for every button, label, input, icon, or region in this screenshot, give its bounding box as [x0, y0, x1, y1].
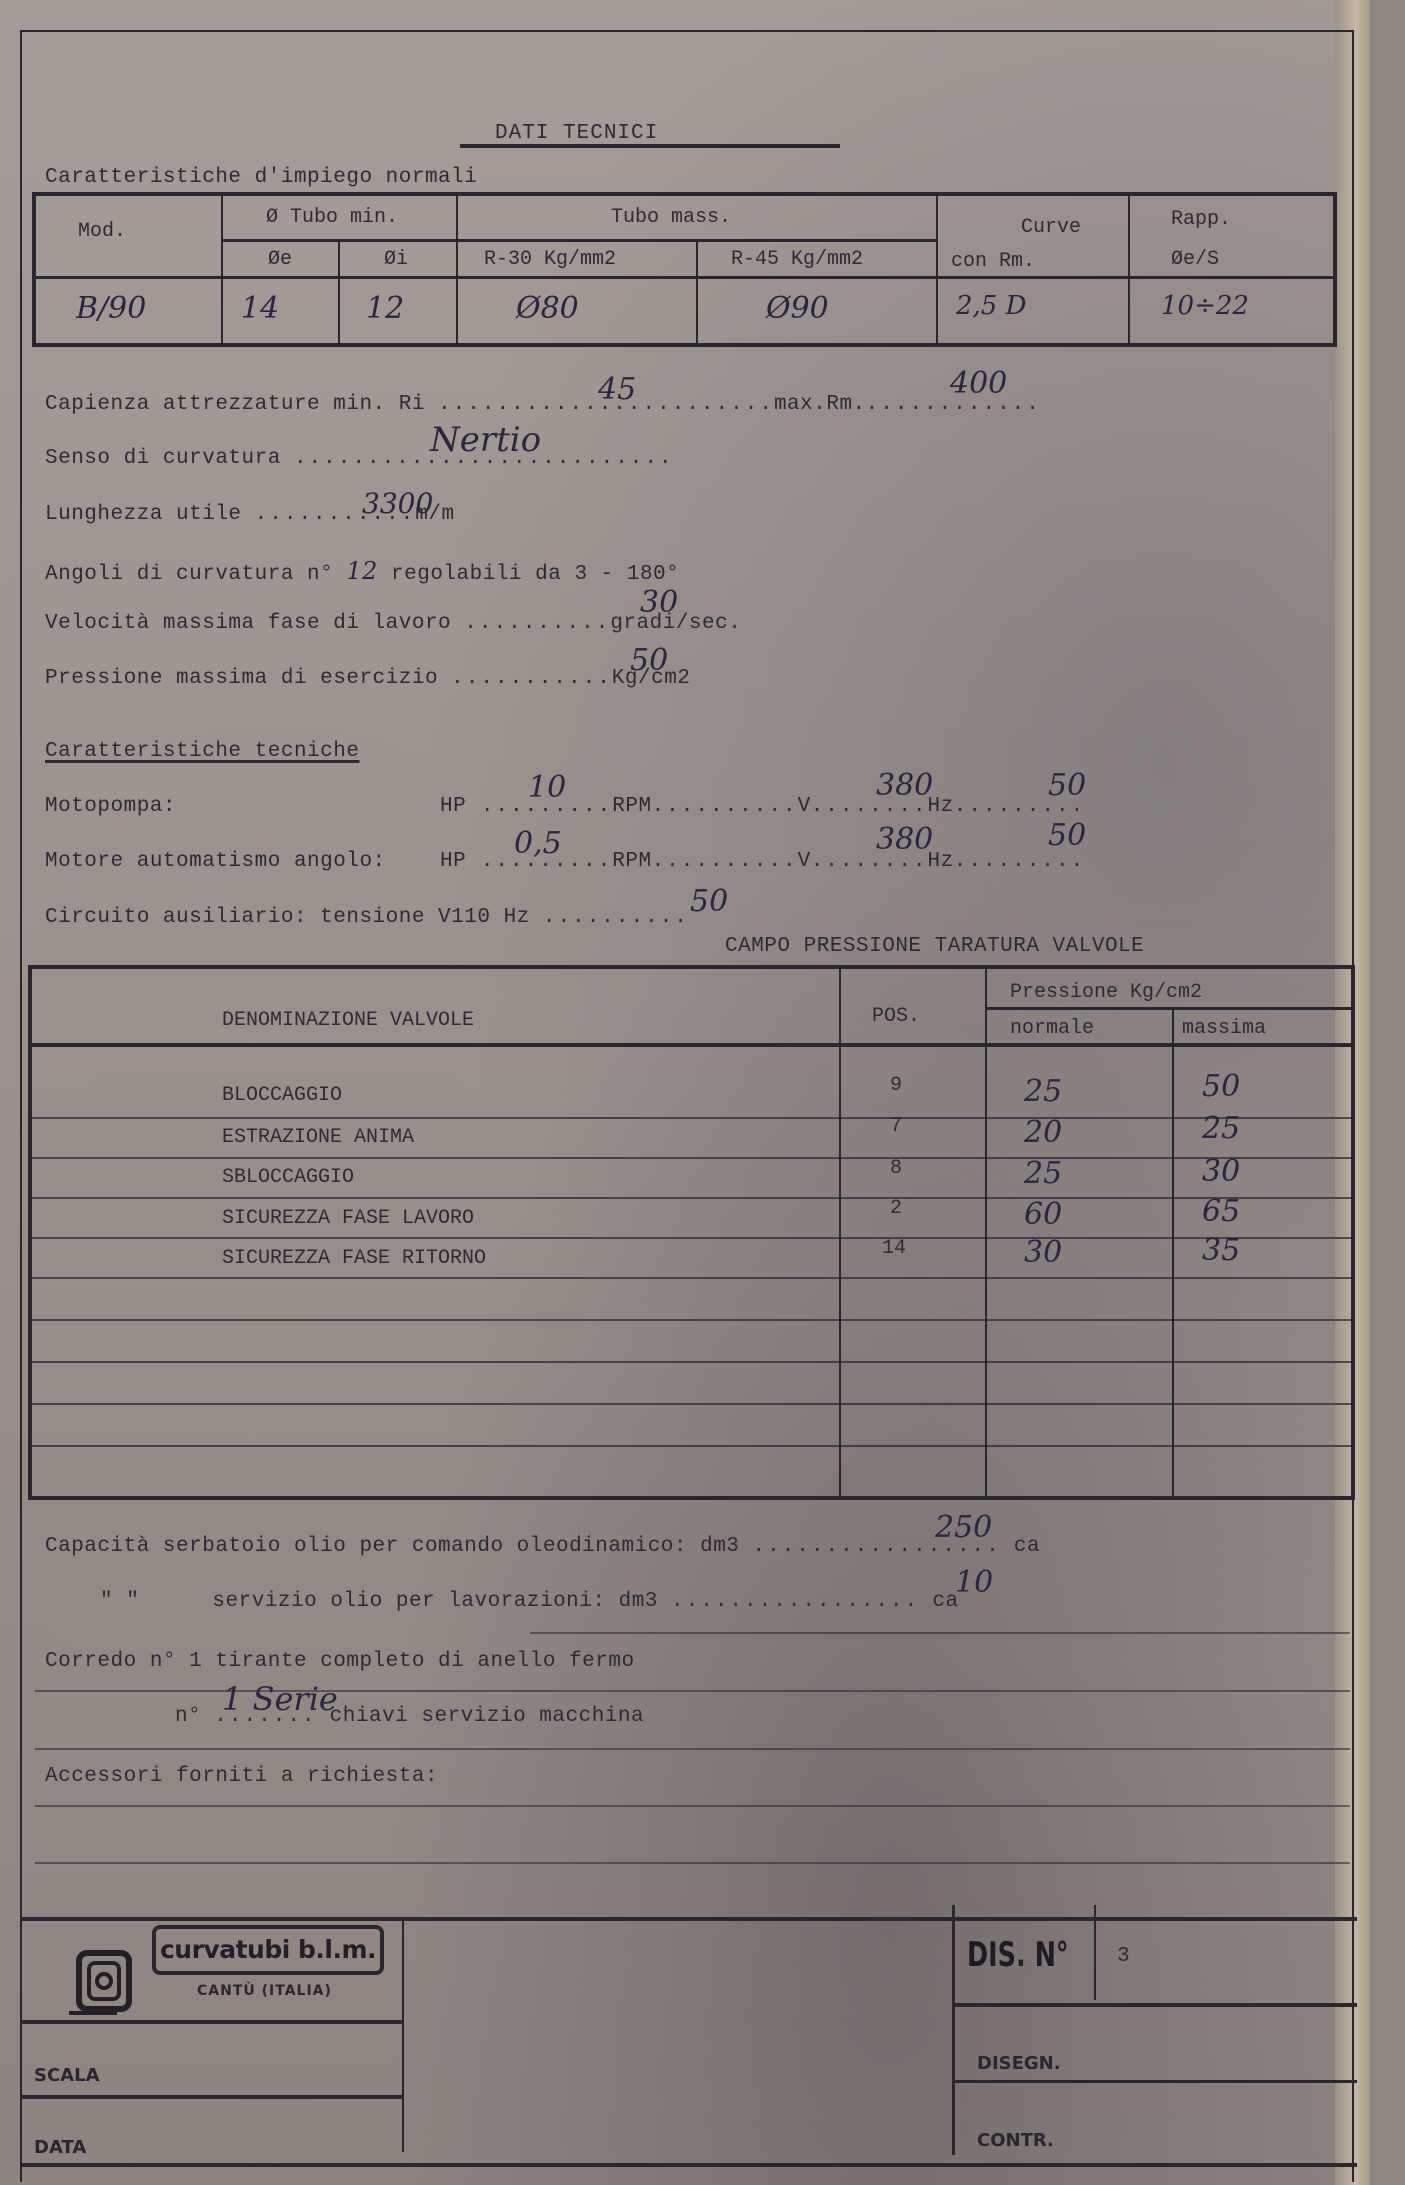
header-rapp: Rapp.: [1171, 208, 1231, 231]
accessori-label: Accessori forniti a richiesta:: [45, 1765, 438, 1788]
corredo-suffix: chiavi servizio macchina: [330, 1705, 644, 1728]
valve-max: 65: [1202, 1194, 1240, 1229]
motore-hp-value: 0,5: [514, 826, 562, 861]
hp-label: HP: [440, 795, 466, 818]
motore-v-value: 380: [876, 822, 933, 857]
valve-pos: 8: [890, 1157, 902, 1180]
velocita-label: Velocità massima fase di lavoro: [45, 612, 451, 635]
motopompa-label: Motopompa:: [45, 795, 176, 818]
rpm-label: RPM: [612, 850, 651, 873]
pressione-value: 50: [630, 643, 668, 678]
valve-pos: 14: [882, 1237, 906, 1260]
corredo-prefix: n°: [175, 1705, 201, 1728]
header-tubo-min: Ø Tubo min.: [266, 206, 398, 229]
hp-label: HP: [440, 850, 466, 873]
header-valve-name: DENOMINAZIONE VALVOLE: [222, 1009, 474, 1032]
velocita-value: 30: [640, 585, 678, 620]
capienza-max-label: max.Rm.: [774, 393, 866, 416]
valve-normal: 20: [1024, 1115, 1062, 1150]
page-title: DATI TECNICI: [495, 122, 658, 145]
valve-name: SICUREZZA FASE RITORNO: [222, 1247, 486, 1270]
circuito-hz-value: 50: [690, 884, 728, 919]
valve-max: 35: [1202, 1233, 1240, 1268]
valve-name: SICUREZZA FASE LAVORO: [222, 1207, 474, 1230]
contr-label: CONTR.: [977, 2130, 1054, 2151]
header-curve: Curve: [1021, 216, 1081, 239]
disegn-label: DISEGN.: [977, 2053, 1061, 2074]
tank-ditto: " ": [100, 1590, 139, 1613]
value-r45: Ø90: [766, 291, 829, 326]
header-curve-sub: con Rm.: [951, 250, 1035, 273]
capienza-label: Capienza attrezzature min. Ri: [45, 393, 425, 416]
tank-servizio-label: servizio olio per lavorazioni: dm3: [212, 1590, 657, 1613]
section-technical-heading: Caratteristiche tecniche: [45, 740, 359, 763]
lunghezza-value: 3300: [362, 487, 433, 520]
value-r30: Ø80: [516, 291, 579, 326]
valve-name: BLOCCAGGIO: [222, 1084, 342, 1107]
valve-normal: 25: [1024, 1156, 1062, 1191]
valve-section-title: CAMPO PRESSIONE TARATURA VALVOLE: [725, 935, 1144, 958]
senso-value: Nertio: [430, 420, 541, 460]
company-name: curvatubi b.l.m.: [152, 1925, 384, 1975]
value-oi: 12: [366, 291, 404, 326]
angoli-label: Angoli di curvatura n°: [45, 563, 333, 586]
header-oe: Øe: [268, 248, 292, 271]
header-pos: POS.: [872, 1005, 920, 1028]
header-pressure: Pressione Kg/cm2: [1010, 981, 1202, 1004]
header-r30: R-30 Kg/mm2: [484, 248, 616, 271]
value-rapp: 10÷22: [1161, 291, 1249, 321]
value-oe: 14: [241, 291, 279, 326]
senso-label: Senso di curvatura: [45, 447, 281, 470]
valve-pos: 2: [890, 1197, 902, 1220]
valve-pos: 7: [890, 1115, 902, 1138]
header-tubo-mass: Tubo mass.: [611, 206, 731, 229]
tank-comando-value: 250: [935, 1510, 992, 1545]
company-spiral-logo-icon: [67, 1945, 147, 2025]
tank-servizio-value: 10: [955, 1565, 993, 1600]
v-label: V: [798, 795, 811, 818]
value-curve: 2,5 D: [956, 291, 1026, 321]
title-block: curvatubi b.l.m. CANTÙ (ITALIA) SCALA DA…: [22, 1905, 1357, 2150]
title-underline: [460, 144, 840, 148]
scala-label: SCALA: [34, 2065, 100, 2086]
circuito-label: Circuito ausiliario: tensione V110 Hz: [45, 906, 530, 929]
motore-hz-value: 50: [1048, 818, 1086, 853]
motopompa-hp-value: 10: [528, 770, 566, 805]
section-normal-heading: Caratteristiche d'impiego normali: [45, 166, 477, 189]
tank-comando-label: Capacità serbatoio olio per comando oleo…: [45, 1535, 739, 1558]
motopompa-hz-value: 50: [1048, 768, 1086, 803]
valve-normal: 25: [1024, 1074, 1062, 1109]
angoli-suffix: regolabili da 3 - 180°: [391, 563, 679, 586]
dis-value: 3: [1117, 1945, 1130, 1968]
data-label: DATA: [34, 2137, 86, 2158]
valve-pos: 9: [890, 1074, 902, 1097]
dis-label: DIS. N°: [967, 1935, 1069, 1975]
header-r45: R-45 Kg/mm2: [731, 248, 863, 271]
header-mod: Mod.: [78, 220, 126, 243]
value-mod: B/90: [76, 291, 146, 326]
v-label: V: [798, 850, 811, 873]
valve-table: DENOMINAZIONE VALVOLE POS. Pressione Kg/…: [28, 965, 1355, 1500]
valve-max: 50: [1202, 1069, 1240, 1104]
motopompa-v-value: 380: [876, 768, 933, 803]
document-sheet: DATI TECNICI Caratteristiche d'impiego n…: [0, 0, 1370, 2185]
usage-table: Mod. Ø Tubo min. Øe Øi Tubo mass. R-30 K…: [32, 192, 1337, 347]
valve-normal: 60: [1024, 1197, 1062, 1232]
tank-unit: ca: [1014, 1535, 1040, 1558]
valve-name: ESTRAZIONE ANIMA: [222, 1126, 414, 1149]
rpm-label: RPM: [612, 795, 651, 818]
company-location: CANTÙ (ITALIA): [197, 1983, 332, 1999]
capienza-max-value: 400: [950, 366, 1007, 401]
angoli-value: 12: [346, 557, 378, 585]
header-rapp-sub: Øe/S: [1171, 248, 1219, 271]
header-max: massima: [1182, 1017, 1266, 1040]
valve-max: 25: [1202, 1111, 1240, 1146]
valve-normal: 30: [1024, 1235, 1062, 1270]
corredo-line-1: Corredo n° 1 tirante completo di anello …: [45, 1650, 635, 1673]
header-normal: normale: [1010, 1017, 1094, 1040]
capienza-min-value: 45: [598, 372, 636, 407]
motore-label: Motore automatismo angolo:: [45, 850, 386, 873]
valve-max: 30: [1202, 1154, 1240, 1189]
valve-name: SBLOCCAGGIO: [222, 1166, 354, 1189]
pressione-label: Pressione massima di esercizio: [45, 667, 438, 690]
lunghezza-label: Lunghezza utile: [45, 503, 242, 526]
corredo-value: 1 Serie: [222, 1680, 338, 1718]
header-oi: Øi: [384, 248, 408, 271]
